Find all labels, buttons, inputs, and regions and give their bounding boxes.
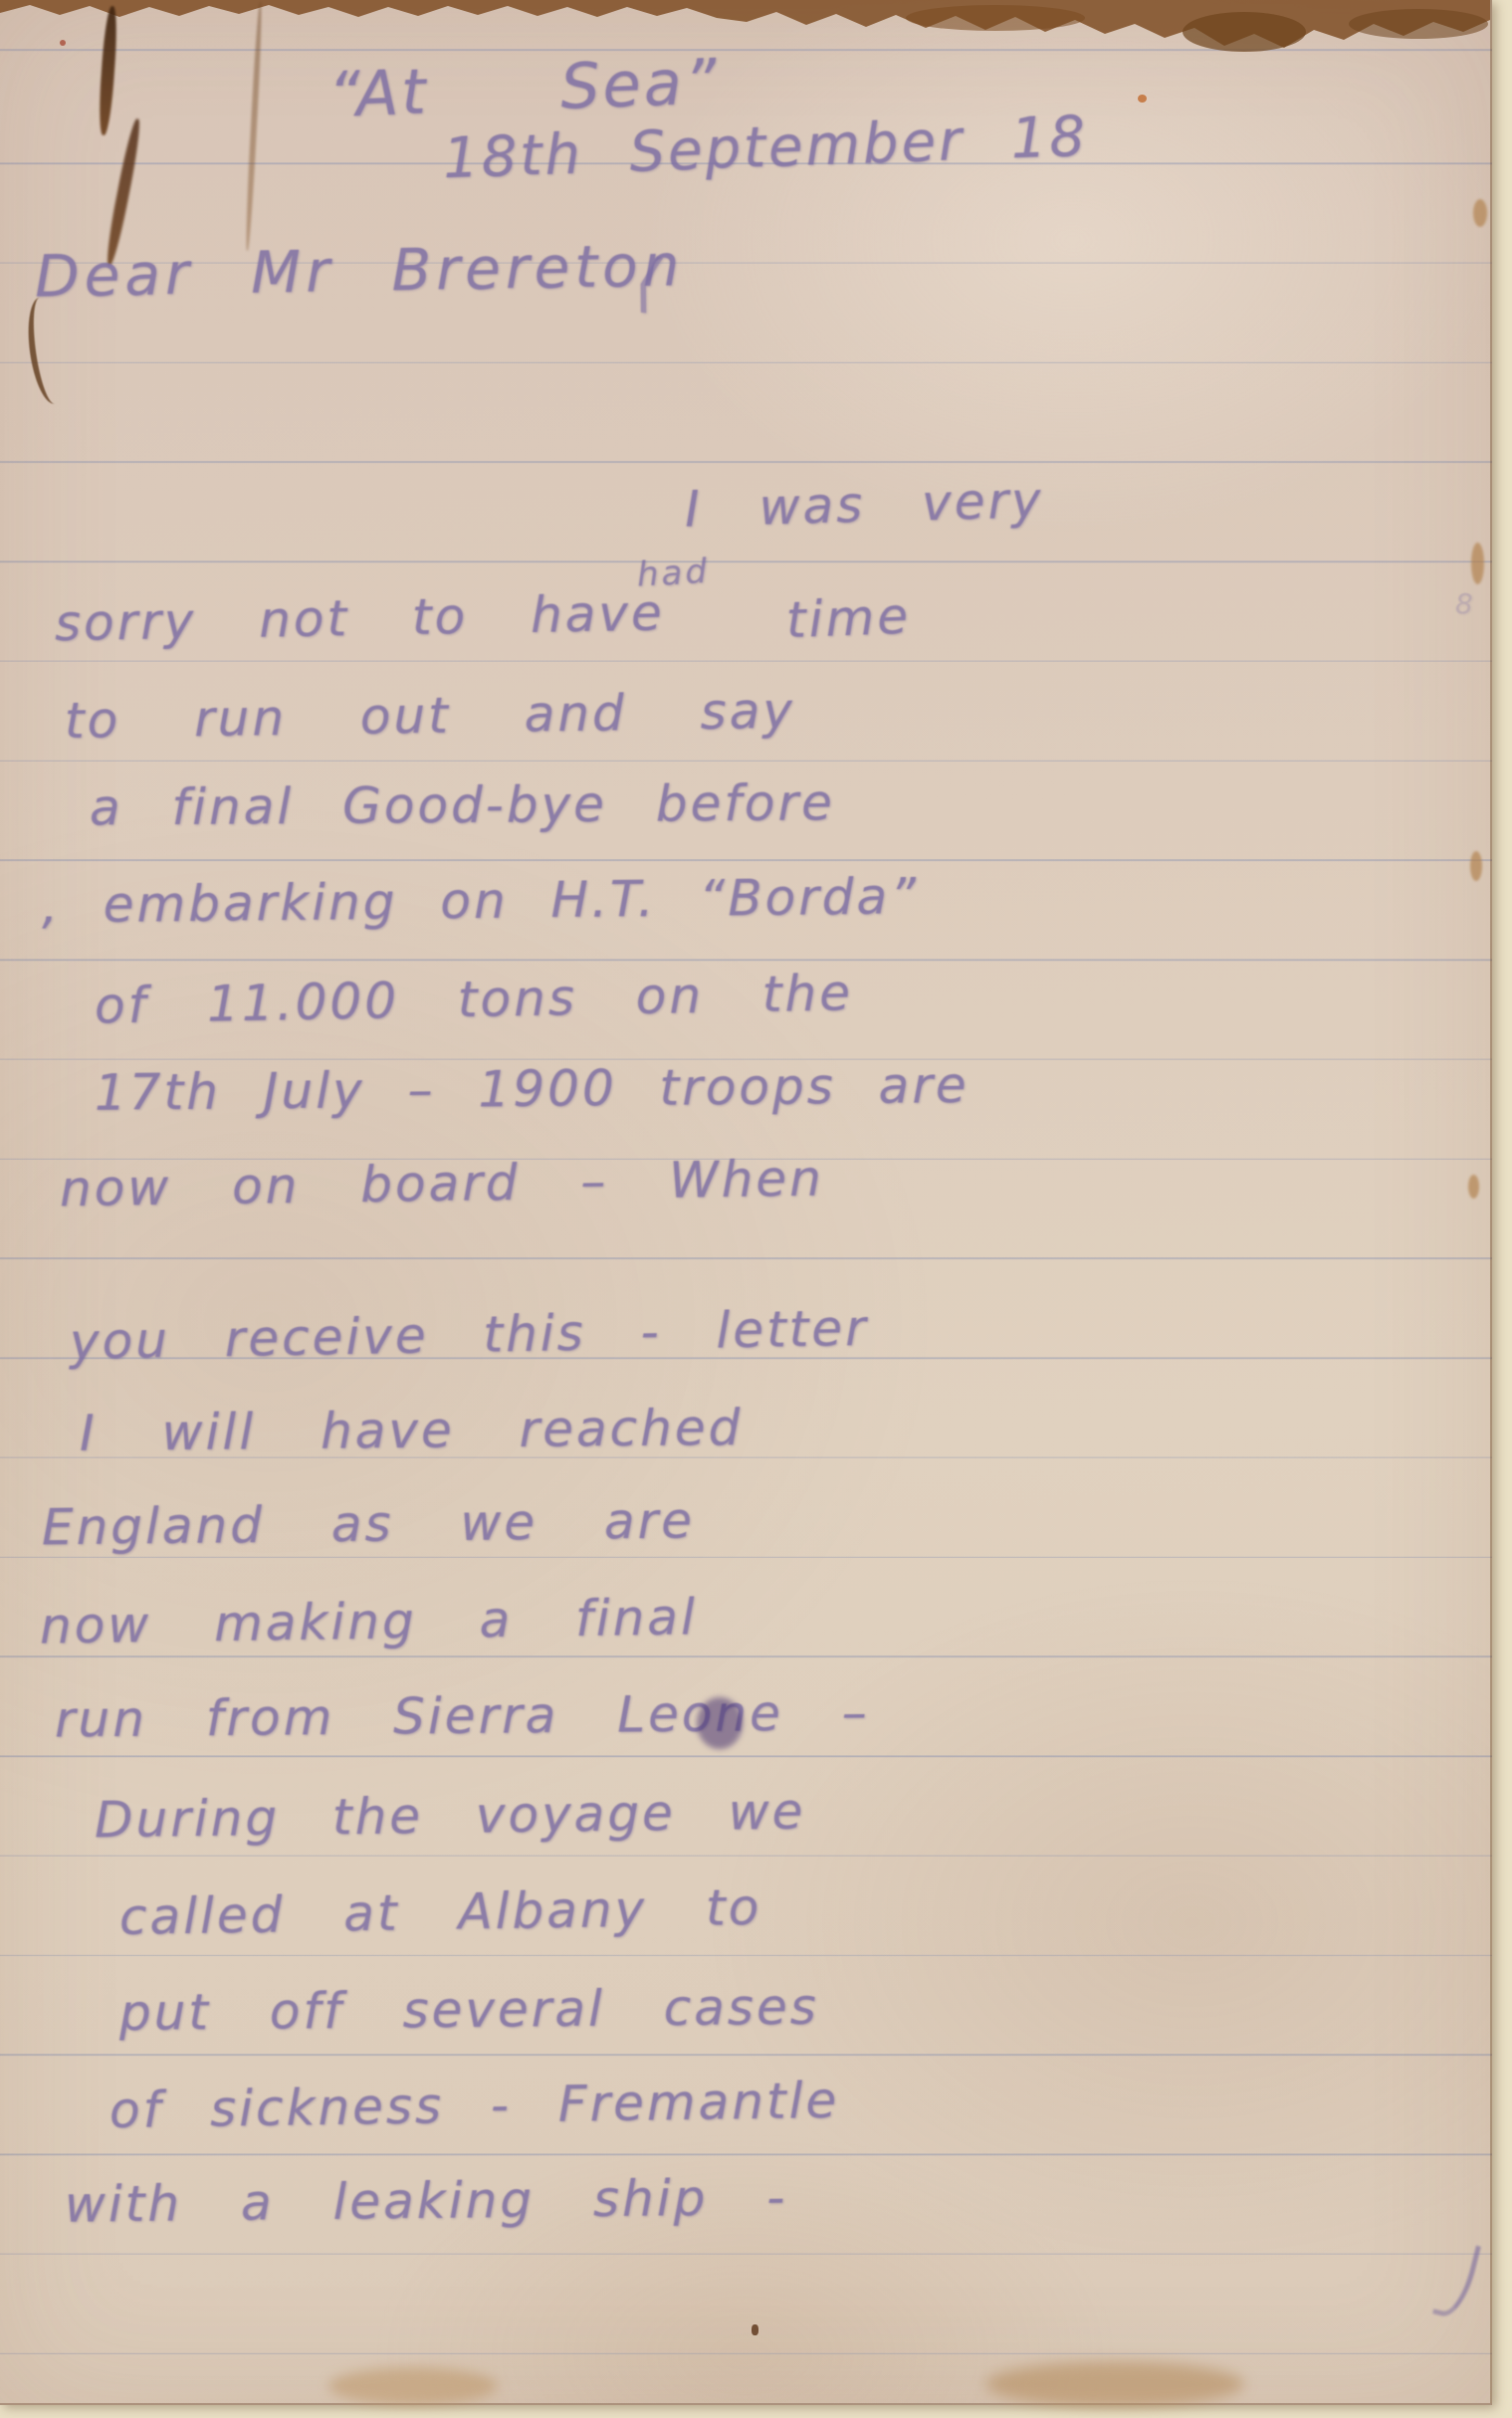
rust-spot (1470, 851, 1482, 881)
body-line: with a leaking ship - (65, 2168, 788, 2234)
body-line: now on board – When (60, 1150, 825, 1218)
body-line: of sickness - Fremantle (109, 2072, 840, 2139)
faint-margin-mark: 8 (1455, 587, 1476, 620)
bottom-smudge-left (328, 2367, 498, 2405)
stray-pencil-stroke (1432, 2239, 1481, 2320)
body-line: a final Good-bye before (90, 773, 835, 836)
body-line: now making a final (40, 1588, 699, 1654)
opening-line: I was very (684, 471, 1044, 538)
inserted-word: had (636, 551, 711, 595)
orange-speck (1138, 95, 1147, 103)
body-line: to run out and say (65, 682, 796, 750)
letter-paper: “At Sea” 18th September 18 Dear Mr Brere… (0, 0, 1492, 2405)
body-line-before-insert: sorry not to have (55, 584, 666, 653)
salutation: Dear Mr Brereton (34, 231, 684, 310)
rust-spot (1473, 199, 1487, 227)
paren-stain (23, 295, 76, 406)
torn-top-edge (0, 0, 1490, 60)
body-line: of 11.000 tons on the (95, 964, 854, 1034)
rust-spot (1468, 1175, 1479, 1199)
body-line-after-insert: time (785, 587, 912, 649)
dark-speck (752, 2324, 758, 2335)
body-line: , embarking on H.T. “Borda” (42, 867, 920, 934)
body-line: you receive this - letter (70, 1299, 870, 1371)
body-line: During the voyage we (95, 1783, 806, 1850)
body-line: run from Sierra Leone – (55, 1683, 870, 1748)
bottom-smudge-right (985, 2361, 1244, 2407)
body-line: England as we are (42, 1492, 696, 1557)
body-line: I will have reached (80, 1399, 744, 1462)
body-line: put off several cases (119, 1978, 819, 2042)
body-line: 17th July – 1900 troops are (95, 1056, 970, 1122)
rust-spot (1471, 543, 1484, 584)
body-line: called at Albany to (119, 1878, 762, 1946)
